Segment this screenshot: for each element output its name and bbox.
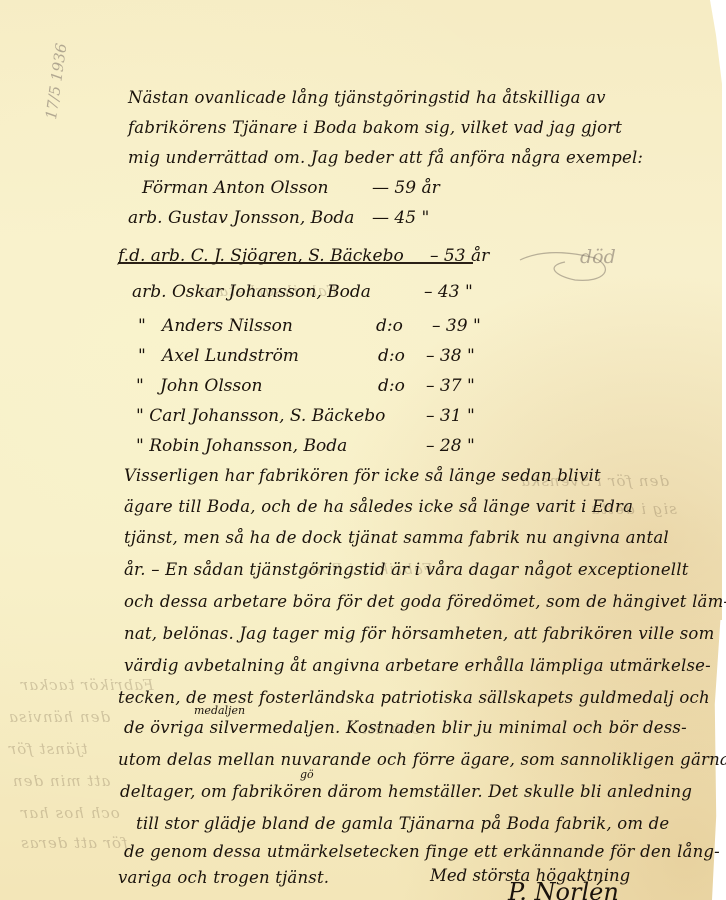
- worker-row: " Robin Johansson, Boda: [136, 436, 347, 456]
- worker-years: – 39 ": [432, 316, 481, 336]
- letter-line: utom delas mellan nuvarande och förre äg…: [118, 750, 726, 769]
- years-value: 39 ": [446, 316, 481, 336]
- letter-line: fabrikörens Tjänare i Boda bakom sig, vi…: [128, 118, 622, 137]
- worker-title: ": [136, 406, 144, 426]
- years-value: 37 ": [440, 376, 475, 396]
- letter-line: värdig avbetalning åt angivna arbetare e…: [124, 656, 711, 675]
- worker-name: John Olsson: [160, 376, 262, 396]
- worker-row: Förman Anton Olsson: [142, 178, 329, 198]
- letter-line: deltager, om fabrikören därom hemställer…: [120, 782, 692, 801]
- worker-row: " Anders Nilsson: [138, 316, 293, 336]
- letter-line: variga och trogen tjänst.: [118, 868, 329, 887]
- bleed-through-text: att min den: [12, 772, 110, 790]
- letter-line: och dessa arbetare böra för det goda för…: [124, 592, 726, 611]
- bleed-through-text: för att deras: [20, 834, 128, 852]
- letter-line: Nästan ovanlicade lång tjänstgöringstid …: [128, 88, 606, 107]
- worker-row: " John Olsson: [136, 376, 262, 396]
- years-value: 28 ": [440, 436, 475, 456]
- worker-place: S. Bäckebo: [290, 406, 385, 426]
- worker-row: " Carl Johansson, S. Bäckebo: [136, 406, 385, 426]
- worker-name: Robin Johansson: [149, 436, 292, 456]
- years-value: 45 ": [394, 208, 429, 228]
- letter-line: de genom dessa utmärkelsetecken finge et…: [124, 842, 720, 861]
- worker-place: Boda: [327, 282, 371, 302]
- worker-title: arb.: [132, 282, 167, 302]
- worker-place: d:o: [376, 316, 403, 336]
- interlinear-insert: gö: [300, 768, 314, 781]
- years-value: 43 ": [438, 282, 473, 302]
- letter-line: de övriga silvermedaljen. Kostnaden blir…: [124, 718, 687, 737]
- worker-title: Förman: [142, 178, 208, 198]
- letter-line: nat, belönas. Jag tager mig för hörsamhe…: [124, 624, 714, 643]
- worker-place: d:o: [378, 376, 405, 396]
- strikethrough-line: [118, 262, 473, 264]
- worker-name: Gustav Jonsson: [168, 208, 300, 228]
- worker-name: Carl Johansson: [149, 406, 279, 426]
- worker-title: ": [136, 376, 144, 396]
- worker-name: Anton Olsson: [214, 178, 329, 198]
- bleed-through-text: den hänvisa: [8, 708, 110, 726]
- worker-years: – 43 ": [424, 282, 473, 302]
- worker-place: d:o: [378, 346, 405, 366]
- worker-place: Boda: [311, 208, 355, 228]
- bleed-through-text: och hos har: [20, 804, 120, 822]
- worker-title: ": [138, 316, 146, 336]
- signature: P. Norlén: [508, 878, 619, 900]
- bleed-through-text: tjänst för: [8, 740, 88, 758]
- worker-years: – 38 ": [426, 346, 475, 366]
- letter-line: år. – En sådan tjänstgöringstid är i vår…: [124, 560, 689, 579]
- worker-place: Boda: [303, 436, 347, 456]
- letter-line: till stor glädje bland de gamla Tjänarna…: [136, 814, 669, 833]
- worker-years: – 31 ": [426, 406, 475, 426]
- pencil-flourish: [515, 248, 625, 288]
- worker-years: – 37 ": [426, 376, 475, 396]
- letter-line: mig underrättad om. Jag beder att få anf…: [128, 148, 643, 167]
- worker-row: arb. Gustav Jonsson, Boda: [128, 208, 354, 228]
- letter-line: tjänst, men så ha de dock tjänat samma f…: [124, 528, 669, 547]
- years-value: 38 ": [440, 346, 475, 366]
- interlinear-insert: medaljen: [194, 704, 245, 717]
- worker-title: ": [136, 436, 144, 456]
- years-value: 31 ": [440, 406, 475, 426]
- worker-years: – 28 ": [426, 436, 475, 456]
- worker-title: arb.: [128, 208, 163, 228]
- letter-line: Visserligen har fabrikören för icke så l…: [124, 466, 601, 485]
- worker-years: — 45 ": [372, 208, 429, 228]
- worker-row: " Axel Lundström: [138, 346, 299, 366]
- worker-name: Oskar Johansson: [172, 282, 316, 302]
- worker-name: Anders Nilsson: [162, 316, 293, 336]
- worker-title: ": [138, 346, 146, 366]
- letter-line: ägare till Boda, och de ha således icke …: [124, 497, 633, 516]
- years-value: 59 år: [394, 178, 439, 198]
- worker-name: Axel Lundström: [162, 346, 299, 366]
- worker-row: arb. Oskar Johansson, Boda: [132, 282, 371, 302]
- worker-years: — 59 år: [372, 178, 440, 198]
